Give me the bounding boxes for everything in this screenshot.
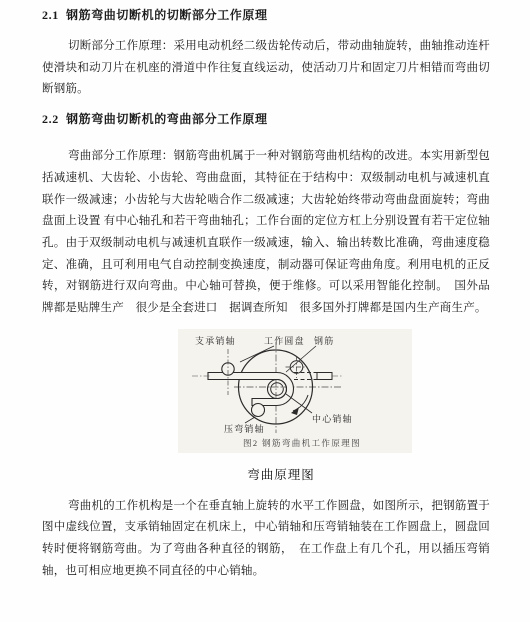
figure-caption: 图2 钢筋弯曲机工作原理图: [243, 438, 361, 448]
paragraph-bending-principle: 弯曲部分工作原理：钢筋弯曲机属于一种对钢筋弯曲机结构的改进。本实用新型包括减速机…: [42, 146, 490, 320]
section-heading-2-1: 2.1 钢筋弯曲切断机的切断部分工作原理: [42, 0, 490, 23]
section-heading-2-2: 2.2 钢筋弯曲切断机的弯曲部分工作原理: [42, 101, 490, 127]
label-work-disc: 工作圆盘: [264, 335, 305, 346]
bar-end-segment: [317, 372, 332, 379]
paragraph-figure-explanation: 弯曲机的工作机构是一个在垂直轴上旋转的水平工作圆盘，如图所示，把钢筋置于图中虚线…: [42, 496, 490, 583]
figure-bending-machine-diagram: 支承销轴 工作圆盘 钢筋 中心销轴 压弯销轴 图2 钢筋弯曲机工作原理图: [172, 329, 412, 454]
document-page: 2.1 钢筋弯曲切断机的切断部分工作原理 切断部分工作原理：采用电动机经二级齿轮…: [0, 0, 530, 622]
bending-principle-figure: 支承销轴 工作圆盘 钢筋 中心销轴 压弯销轴 图2 钢筋弯曲机工作原理图: [172, 329, 412, 454]
label-support-pin: 支承销轴: [195, 335, 236, 346]
label-steel-bar: 钢筋: [314, 335, 334, 346]
label-center-pin: 中心销轴: [312, 413, 353, 424]
press-pin-shape: [252, 403, 265, 416]
document-content: 2.1 钢筋弯曲切断机的切断部分工作原理 切断部分工作原理：采用电动机经二级齿轮…: [42, 0, 490, 583]
figure-scan-background: [178, 329, 412, 453]
paragraph-cutting-principle: 切断部分工作原理：采用电动机经二级齿轮传动后，带动曲轴旋转，曲轴推动连杆使滑块和…: [42, 36, 490, 101]
label-press-pin: 压弯销轴: [224, 423, 265, 434]
figure-title: 弯曲原理图: [72, 467, 490, 483]
